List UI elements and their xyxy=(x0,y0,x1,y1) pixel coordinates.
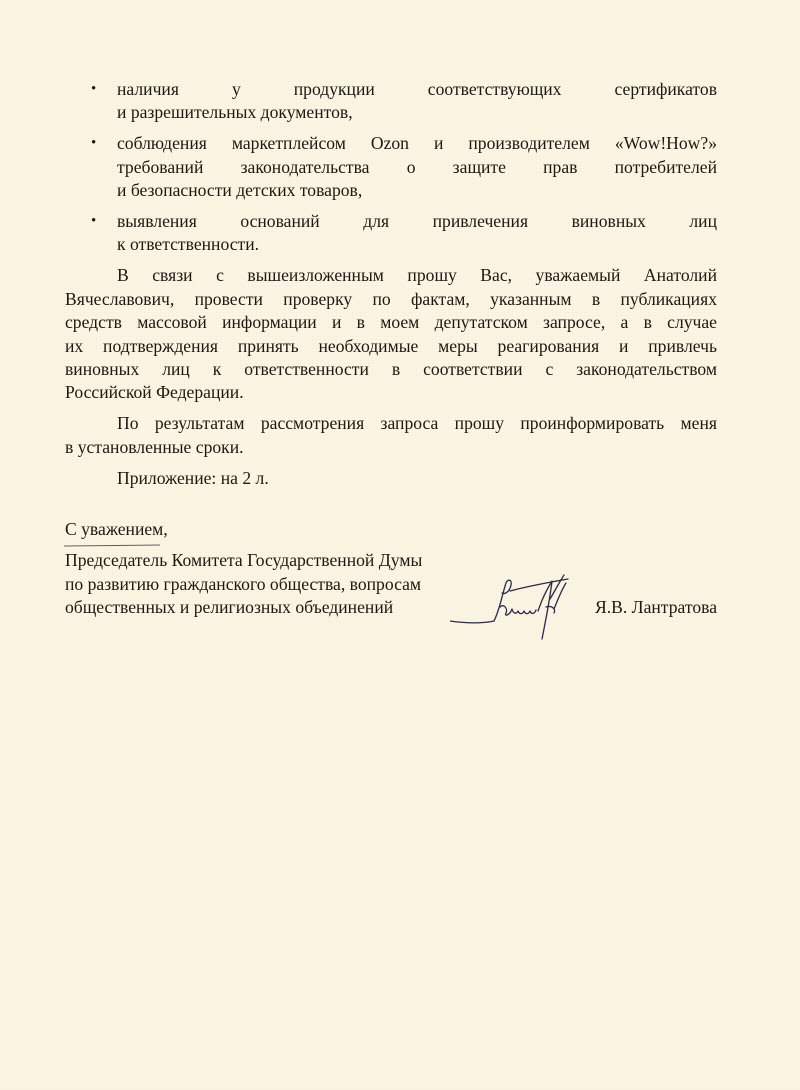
attachment-note: Приложение: на 2 л. xyxy=(65,467,717,490)
text-line: и безопасности детских товаров, xyxy=(117,179,717,202)
text-line: требований законодательства о защите пра… xyxy=(117,156,717,179)
text-line: соблюдения маркетплейсом Ozon и производ… xyxy=(117,132,717,155)
text-line: наличия у продукции соответствующих серт… xyxy=(117,78,717,101)
text-line: Вячеславович, провести проверку по факта… xyxy=(65,288,717,311)
attachment-text: Приложение: на 2 л. xyxy=(65,467,717,490)
inform-paragraph: По результатам рассмотрения запроса прош… xyxy=(65,412,717,459)
bullet-list: • наличия у продукции соответствующих се… xyxy=(65,78,717,257)
text-line: В связи с вышеизложенным прошу Вас, уваж… xyxy=(65,264,717,287)
text-line: в установленные сроки. xyxy=(65,436,717,459)
signatory-name: Я.В. Лантратова xyxy=(595,596,717,619)
bullet-item-liability: • выявления оснований для привлечения ви… xyxy=(65,210,717,257)
bullet-icon: • xyxy=(91,78,96,101)
handwritten-underline xyxy=(64,542,160,546)
bullet-item-certificates: • наличия у продукции соответствующих се… xyxy=(65,78,717,125)
text-line: По результатам рассмотрения запроса прош… xyxy=(65,412,717,435)
signatory-title-line: по развитию гражданского общества, вопро… xyxy=(65,573,717,596)
text-line: виновных лиц к ответственности в соответ… xyxy=(65,358,717,381)
bullet-icon: • xyxy=(91,210,96,233)
signature-block: Председатель Комитета Государственной Ду… xyxy=(65,549,717,619)
text-line: Российской Федерации. xyxy=(65,381,717,404)
text-line: и разрешительных документов, xyxy=(117,101,717,124)
text-line: к ответственности. xyxy=(117,233,717,256)
closing-text: С уважением, xyxy=(65,519,168,539)
handwritten-signature-icon xyxy=(450,569,590,659)
bullet-item-compliance: • соблюдения маркетплейсом Ozon и произв… xyxy=(65,132,717,202)
request-paragraph: В связи с вышеизложенным прошу Вас, уваж… xyxy=(65,264,717,404)
signatory-title-line: Председатель Комитета Государственной Ду… xyxy=(65,549,717,572)
text-line: выявления оснований для привлечения вино… xyxy=(117,210,717,233)
text-line: их подтверждения принять необходимые мер… xyxy=(65,335,717,358)
document-page: • наличия у продукции соответствующих се… xyxy=(65,78,717,620)
text-line: средств массовой информации и в моем деп… xyxy=(65,311,717,334)
closing-salutation: С уважением, xyxy=(65,518,265,541)
bullet-icon: • xyxy=(91,132,96,155)
